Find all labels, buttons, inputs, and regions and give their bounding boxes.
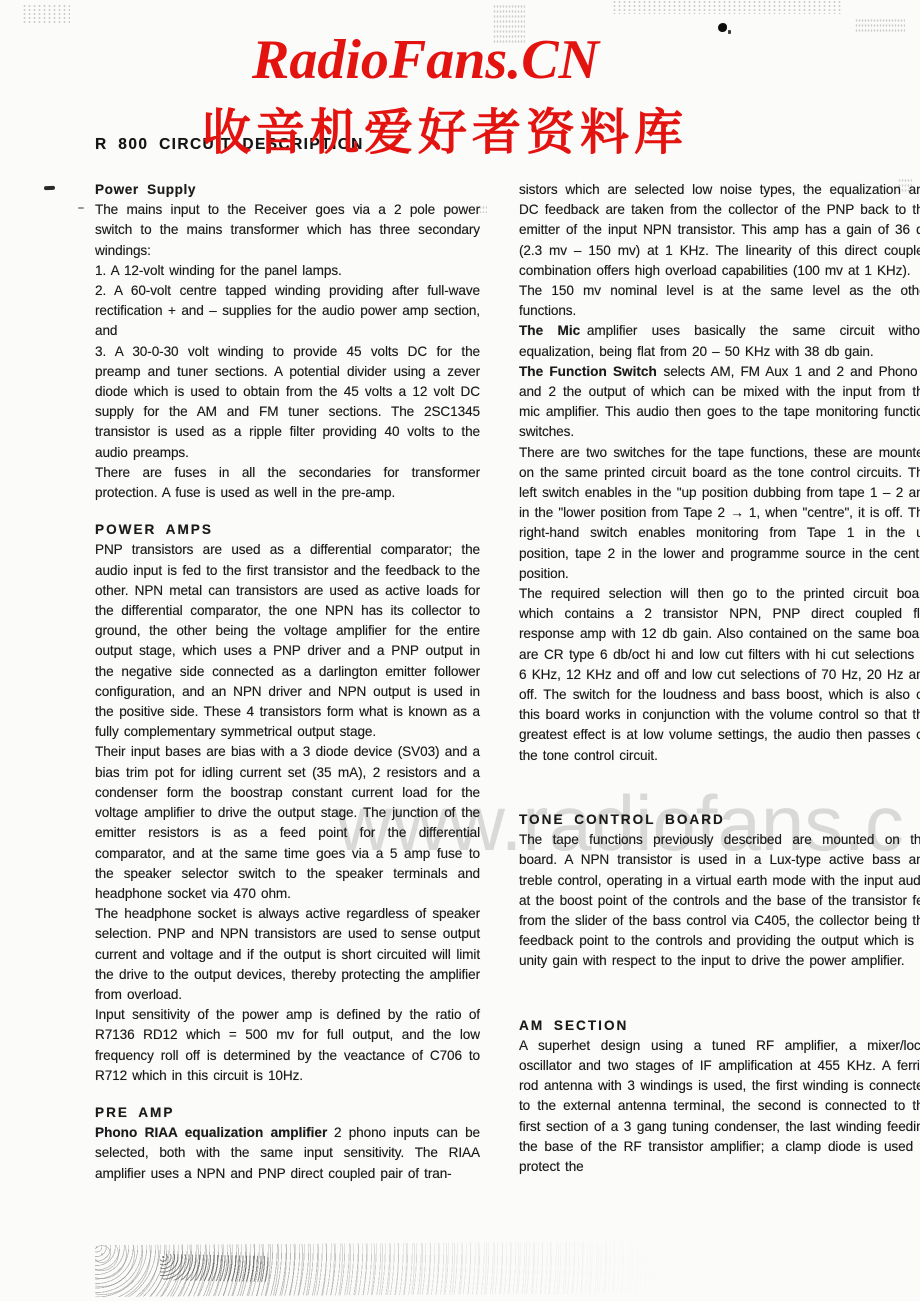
left-text-column: Power SupplyThe mains input to the Recei… xyxy=(95,180,480,1184)
paragraph: Their input bases are bias with a 3 diod… xyxy=(95,742,480,904)
paragraph: The Function Switch selects AM, FM Aux 1… xyxy=(519,362,920,443)
section-heading: Power Supply xyxy=(95,180,480,200)
scan-noise xyxy=(612,0,842,14)
paragraph: There are two switches for the tape func… xyxy=(519,443,920,584)
site-stamp-chinese: 收音机爱好者资料库 xyxy=(202,94,688,164)
paragraph: PNP transistors are used as a differenti… xyxy=(95,540,480,742)
paragraph-bold-lead: Phono RIAA equalization amplifier xyxy=(95,1125,327,1140)
scan-ink-dot xyxy=(718,23,727,32)
paragraph: The Mic amplifier uses basically the sam… xyxy=(519,321,920,361)
scan-noise xyxy=(855,18,905,34)
paragraph: Phono RIAA equalization amplifier 2 phon… xyxy=(95,1123,480,1184)
paragraph: The headphone socket is always active re… xyxy=(95,904,480,1005)
scan-bottom-smudge xyxy=(160,1254,270,1282)
paragraph: The 150 mv nominal level is at the same … xyxy=(519,281,920,321)
section-heading: POWER AMPS xyxy=(95,520,480,540)
scan-margin-dash-mark xyxy=(44,186,55,190)
paragraph-bold-lead: The Function Switch xyxy=(519,364,657,379)
scan-noise xyxy=(22,4,70,24)
scan-noise xyxy=(479,205,487,213)
section-heading: TONE CONTROL BOARD xyxy=(519,810,920,830)
paragraph: 3. A 30-0-30 volt winding to provide 45 … xyxy=(95,342,480,463)
paragraph: There are fuses in all the secondaries f… xyxy=(95,463,480,503)
paragraph: The mains input to the Receiver goes via… xyxy=(95,200,480,261)
paragraph: 2. A 60-volt centre tapped winding provi… xyxy=(95,281,480,342)
paragraph: The tape functions previously described … xyxy=(519,830,920,971)
scan-margin-dash-mark xyxy=(78,207,84,209)
right-text-column: sistors which are selected low noise typ… xyxy=(519,180,920,1177)
paragraph: The required selection will then go to t… xyxy=(519,584,920,766)
section-heading: AM SECTION xyxy=(519,1016,920,1036)
section-heading: PRE AMP xyxy=(95,1103,480,1123)
paragraph: sistors which are selected low noise typ… xyxy=(519,180,920,281)
site-stamp-latin: RadioFans.CN xyxy=(252,28,599,92)
paragraph: Input sensitivity of the power amp is de… xyxy=(95,1005,480,1086)
scan-noise xyxy=(898,178,912,192)
paragraph-bold-lead: The Mic xyxy=(519,323,580,338)
paragraph: 1. A 12-volt winding for the panel lamps… xyxy=(95,261,480,281)
paragraph: A superhet design using a tuned RF ampli… xyxy=(519,1036,920,1177)
scanned-document-page: www.radiofans.c RadioFans.CN 收音机爱好者资料库 R… xyxy=(0,0,920,1301)
